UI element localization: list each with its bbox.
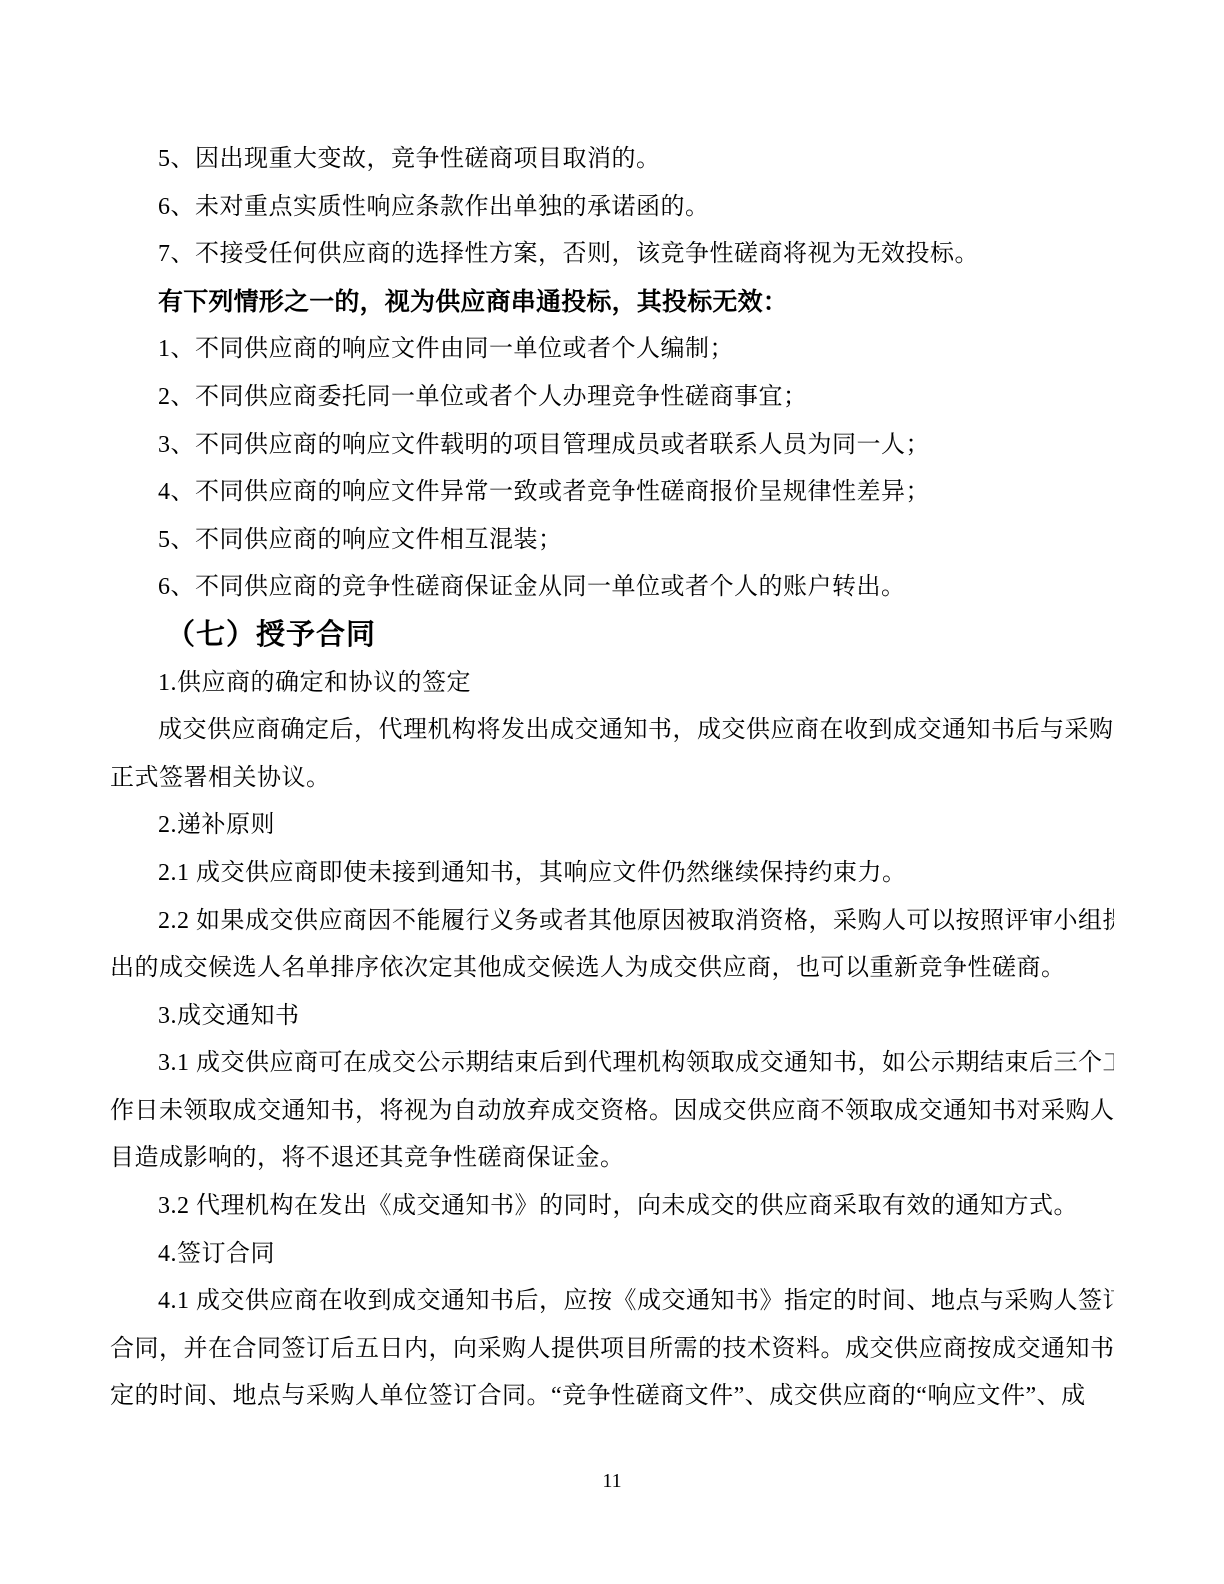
paragraph-line: 合同，并在合同签订后五日内，向采购人提供项目所需的技术资料。成交供应商按成交通知… <box>110 1326 1114 1374</box>
paragraph-line: 1.供应商的确定和协议的签定 <box>110 660 1114 708</box>
paragraph-line: 成交供应商确定后，代理机构将发出成交通知书，成交供应商在收到成交通知书后与采购人 <box>110 707 1114 755</box>
list-item-line: 1、不同供应商的响应文件由同一单位或者个人编制； <box>110 326 1114 374</box>
paragraph-line: 目造成影响的，将不退还其竞争性磋商保证金。 <box>110 1135 1114 1183</box>
paragraph-line: 4.1 成交供应商在收到成交通知书后，应按《成交通知书》指定的时间、地点与采购人… <box>110 1278 1114 1326</box>
subsection-heading: 有下列情形之一的，视为供应商串通投标，其投标无效： <box>110 279 1114 327</box>
list-item-line: 2、不同供应商委托同一单位或者个人办理竞争性磋商事宜； <box>110 374 1114 422</box>
paragraph-line: 2.2 如果成交供应商因不能履行义务或者其他原因被取消资格，采购人可以按照评审小… <box>110 898 1114 946</box>
paragraph-line: 定的时间、地点与采购人单位签订合同。“竞争性磋商文件”、成交供应商的“响应文件”… <box>110 1373 1114 1421</box>
section-heading: （七）授予合同 <box>110 612 1114 660</box>
list-item-line: 3、不同供应商的响应文件载明的项目管理成员或者联系人员为同一人； <box>110 422 1114 470</box>
list-item-line: 4、不同供应商的响应文件异常一致或者竞争性磋商报价呈规律性差异； <box>110 469 1114 517</box>
paragraph-line: 2.递补原则 <box>110 802 1114 850</box>
paragraph-line: 3.2 代理机构在发出《成交通知书》的同时，向未成交的供应商采取有效的通知方式。 <box>110 1183 1114 1231</box>
list-item-line: 5、因出现重大变故，竞争性磋商项目取消的。 <box>110 136 1114 184</box>
document-page: 5、因出现重大变故，竞争性磋商项目取消的。6、未对重点实质性响应条款作出单独的承… <box>0 0 1224 1584</box>
paragraph-line: 正式签署相关协议。 <box>110 755 1114 803</box>
paragraph-line: 4.签订合同 <box>110 1231 1114 1279</box>
list-item-line: 6、不同供应商的竞争性磋商保证金从同一单位或者个人的账户转出。 <box>110 564 1114 612</box>
paragraph-line: 2.1 成交供应商即使未接到通知书，其响应文件仍然继续保持约束力。 <box>110 850 1114 898</box>
list-item-line: 7、不接受任何供应商的选择性方案，否则，该竞争性磋商将视为无效投标。 <box>110 231 1114 279</box>
document-content: 5、因出现重大变故，竞争性磋商项目取消的。6、未对重点实质性响应条款作出单独的承… <box>110 136 1114 1421</box>
paragraph-line: 作日未领取成交通知书，将视为自动放弃成交资格。因成交供应商不领取成交通知书对采购… <box>110 1088 1114 1136</box>
paragraph-line: 3.1 成交供应商可在成交公示期结束后到代理机构领取成交通知书，如公示期结束后三… <box>110 1040 1114 1088</box>
paragraph-line: 出的成交候选人名单排序依次定其他成交候选人为成交供应商，也可以重新竞争性磋商。 <box>110 945 1114 993</box>
paragraph-line: 3.成交通知书 <box>110 993 1114 1041</box>
list-item-line: 6、未对重点实质性响应条款作出单独的承诺函的。 <box>110 184 1114 232</box>
list-item-line: 5、不同供应商的响应文件相互混装； <box>110 517 1114 565</box>
page-number: 11 <box>0 1466 1224 1496</box>
